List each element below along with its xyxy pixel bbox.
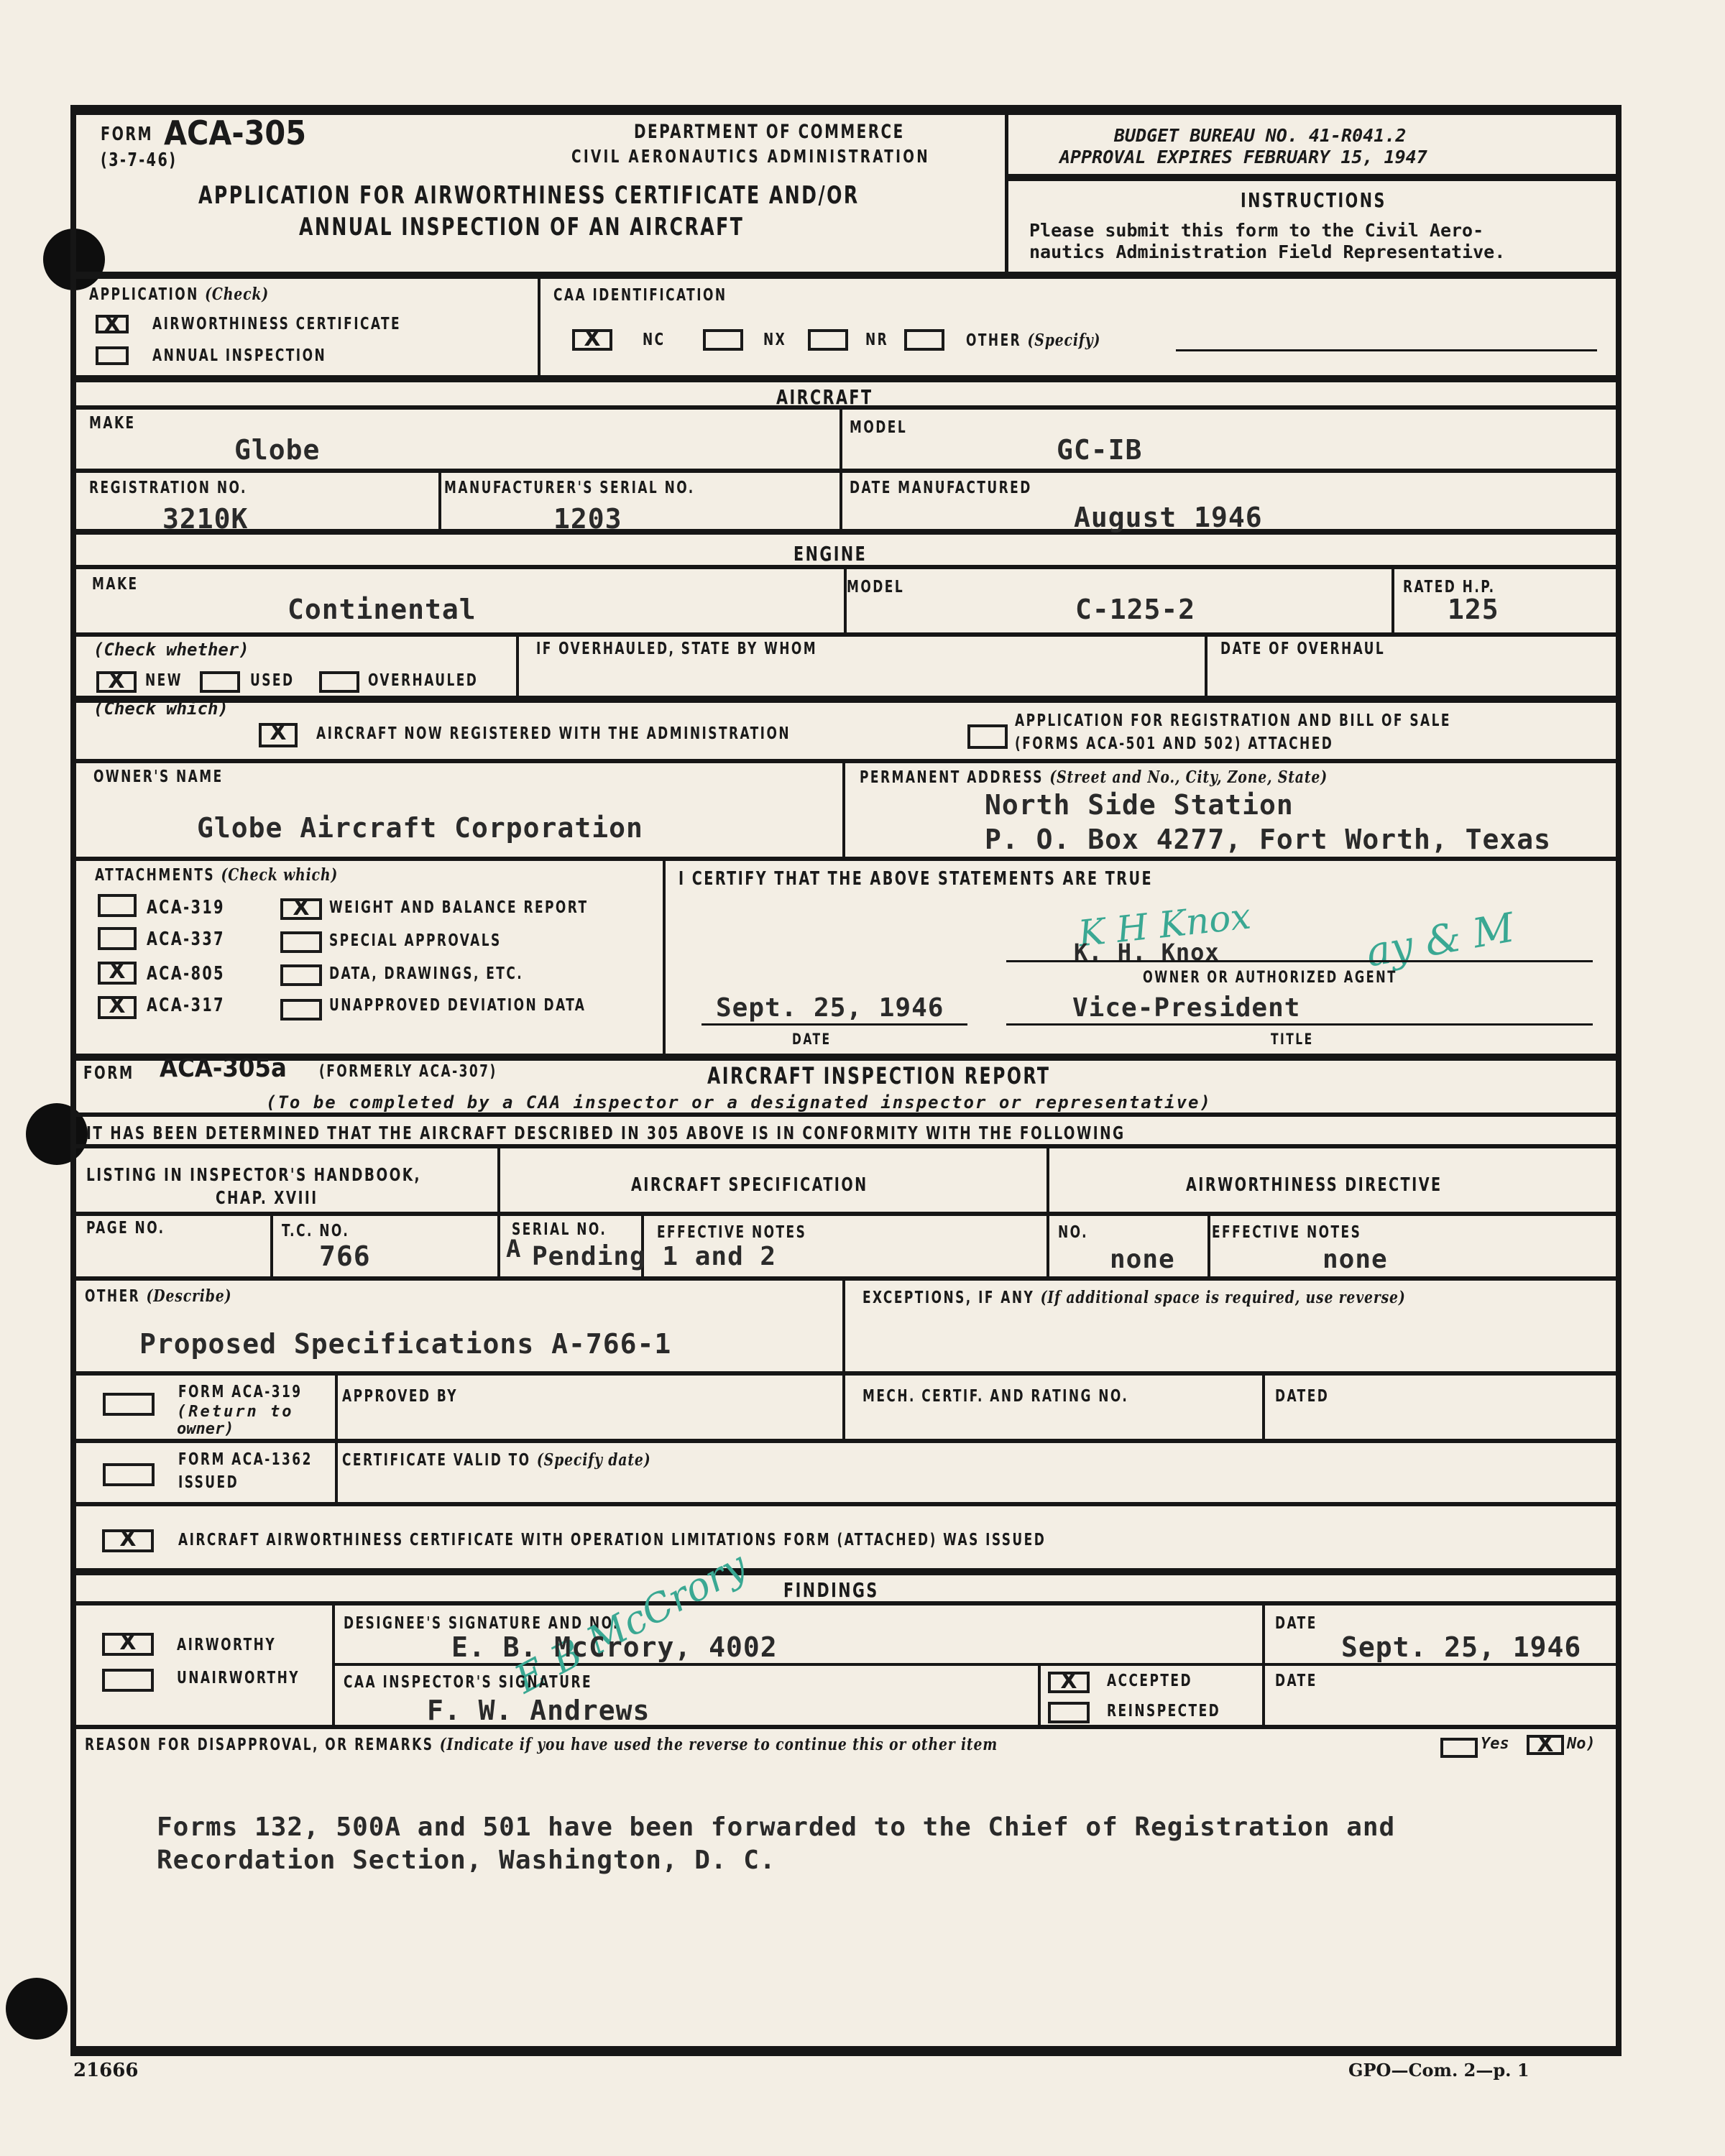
data-drawings-checkbox[interactable] (280, 964, 322, 986)
registration-application-checkbox[interactable] (967, 724, 1008, 749)
page-no-label: PAGE NO. (86, 1219, 165, 1238)
reverse-yes-checkbox[interactable] (1440, 1738, 1478, 1758)
reverse-yes-label: Yes (1481, 1735, 1509, 1753)
aca-319-label: ACA-319 (147, 897, 225, 918)
inspection-report-subtitle: (To be completed by a CAA inspector or a… (266, 1092, 1212, 1112)
special-approvals-label: SPECIAL APPROVALS (329, 931, 502, 950)
reinspected-checkbox[interactable] (1048, 1702, 1090, 1723)
engine-overhauled-checkbox[interactable] (319, 671, 359, 693)
gpo-printing-code: GPO—Com. 2—p. 1 (1348, 2060, 1529, 2081)
ad-effective-notes-value[interactable]: none (1322, 1245, 1388, 1274)
check-whether-label: (Check whether) (93, 640, 249, 660)
engine-overhauled-label: OVERHAULED (368, 671, 478, 690)
serial-number-label: MANUFACTURER'S SERIAL NO. (444, 479, 695, 497)
punch-hole (6, 1978, 68, 2040)
instructions-title: INSTRUCTIONS (1241, 188, 1386, 212)
nr-checkbox[interactable] (808, 329, 848, 351)
reverse-no-checkbox[interactable] (1527, 1735, 1564, 1755)
form-title-line2: ANNUAL INSPECTION OF AN AIRCRAFT (299, 213, 744, 241)
findings-date1-value[interactable]: Sept. 25, 1946 (1341, 1631, 1581, 1663)
engine-model-label: MODEL (847, 578, 904, 596)
registration-application-line2: (FORMS ACA-501 AND 502) ATTACHED (1015, 734, 1333, 753)
certificate-valid-label: CERTIFICATE VALID TO (Specify date) (342, 1450, 650, 1470)
rated-hp-value[interactable]: 125 (1448, 594, 1499, 625)
other-describe-label: OTHER (Describe) (85, 1286, 231, 1306)
aircraft-make-value[interactable]: Globe (234, 434, 320, 466)
form-1362-line1: FORM ACA-1362 (178, 1450, 313, 1469)
form-prefix: FORM (101, 124, 153, 145)
findings-date2-label: DATE (1275, 1672, 1317, 1690)
date-manufactured-label: DATE MANUFACTURED (850, 479, 1032, 497)
inspection-report-title: AIRCRAFT INSPECTION REPORT (707, 1062, 1050, 1089)
operation-limitations-checkbox[interactable] (102, 1529, 154, 1552)
reinspected-label: REINSPECTED (1107, 1702, 1220, 1720)
agency-name: CIVIL AERONAUTICS ADMINISTRATION (571, 146, 930, 167)
findings-date1-label: DATE (1275, 1614, 1317, 1633)
registration-number-value[interactable]: 3210K (162, 503, 248, 535)
inspection-form-formerly: (FORMERLY ACA-307) (319, 1062, 497, 1081)
operation-limitations-label: AIRCRAFT AIRWORTHINESS CERTIFICATE WITH … (178, 1531, 1046, 1549)
reverse-no-label: No) (1567, 1735, 1596, 1753)
listing-label-line2: CHAP. XVIII (216, 1187, 318, 1208)
nx-checkbox[interactable] (703, 329, 743, 351)
title-label: TITLE (1271, 1031, 1314, 1048)
airworthiness-directive-label: AIRWORTHINESS DIRECTIVE (1186, 1174, 1443, 1196)
aircraft-model-value[interactable]: GC-IB (1057, 434, 1142, 466)
nx-label: NX (763, 331, 786, 349)
special-approvals-checkbox[interactable] (280, 931, 322, 953)
registered-label: AIRCRAFT NOW REGISTERED WITH THE ADMINIS… (316, 724, 791, 743)
spec-effective-notes-label: EFFECTIVE NOTES (657, 1223, 806, 1242)
unairworthy-checkbox[interactable] (102, 1669, 154, 1692)
aircraft-make-label: MAKE (89, 414, 136, 433)
engine-make-label: MAKE (92, 575, 139, 594)
nr-label: NR (865, 331, 888, 349)
engine-model-value[interactable]: C-125-2 (1075, 594, 1195, 625)
form-319-checkbox[interactable] (103, 1393, 155, 1416)
unapproved-deviation-checkbox[interactable] (280, 999, 322, 1021)
aca-337-checkbox[interactable] (98, 927, 137, 950)
annual-inspection-label: ANNUAL INSPECTION (152, 346, 326, 365)
form-319-line2: (Return to (177, 1403, 293, 1421)
mech-cert-label: MECH. CERTIF. AND RATING NO. (862, 1387, 1128, 1406)
caa-identification-label: CAA IDENTIFICATION (553, 286, 727, 305)
aircraft-model-label: MODEL (850, 418, 907, 437)
engine-section-title: ENGINE (793, 542, 867, 566)
form-revision-date: (3-7-46) (101, 149, 178, 171)
conformity-statement: IT HAS BEEN DETERMINED THAT THE AIRCRAFT… (86, 1123, 1126, 1143)
owner-name-label: OWNER'S NAME (93, 768, 224, 786)
attachments-label: ATTACHMENTS (Check which) (95, 865, 338, 885)
address-line2[interactable]: P. O. Box 4277, Fort Worth, Texas (985, 824, 1551, 855)
engine-new-checkbox[interactable] (96, 671, 137, 693)
form-319-line1: FORM ACA-319 (178, 1383, 303, 1401)
department-name: DEPARTMENT OF COMMERCE (634, 121, 905, 143)
registration-application-line1: APPLICATION FOR REGISTRATION AND BILL OF… (1015, 711, 1451, 730)
form-319-line3: owner) (177, 1420, 234, 1438)
address-line1[interactable]: North Side Station (985, 789, 1294, 821)
inspector-value[interactable]: F. W. Andrews (427, 1695, 650, 1726)
budget-bureau-number: BUDGET BUREAU NO. 41-R041.2 (1114, 125, 1406, 146)
owner-name-value[interactable]: Globe Aircraft Corporation (197, 812, 643, 844)
airworthy-label: AIRWORTHY (177, 1636, 276, 1654)
instructions-text-line1: Please submit this form to the Civil Aer… (1029, 220, 1483, 241)
address-label: PERMANENT ADDRESS (Street and No., City,… (860, 768, 1328, 787)
overhauled-by-label: IF OVERHAULED, STATE BY WHOM (536, 640, 817, 658)
certification-statement: I CERTIFY THAT THE ABOVE STATEMENTS ARE … (678, 868, 1153, 890)
spec-serial-no-value[interactable]: A (506, 1235, 521, 1263)
airworthiness-certificate-checkbox[interactable] (96, 315, 129, 333)
weight-balance-checkbox[interactable] (280, 898, 322, 920)
approved-by-label: APPROVED BY (342, 1387, 458, 1406)
aircraft-specification-label: AIRCRAFT SPECIFICATION (631, 1174, 868, 1196)
dated-label: DATED (1275, 1387, 1329, 1406)
spec-serial-no-label: SERIAL NO. (512, 1220, 607, 1239)
aca-317-checkbox[interactable] (98, 996, 137, 1019)
aca-805-checkbox[interactable] (98, 962, 137, 985)
unapproved-deviation-label: UNAPPROVED DEVIATION DATA (329, 996, 586, 1015)
aca-337-label: ACA-337 (147, 929, 225, 950)
inspection-form-number: ACA-305a (160, 1054, 287, 1083)
designee-value[interactable]: E. B. McCrory, 4002 (451, 1631, 778, 1663)
serial-number-value[interactable]: 1203 (553, 503, 622, 535)
aca-319-checkbox[interactable] (98, 894, 137, 917)
form-1362-checkbox[interactable] (103, 1463, 155, 1486)
engine-new-label: NEW (145, 671, 183, 690)
tc-no-value[interactable]: 766 (319, 1240, 371, 1272)
inspector-signature-label: CAA INSPECTOR'S SIGNATURE (344, 1673, 592, 1692)
data-drawings-label: DATA, DRAWINGS, ETC. (329, 964, 523, 983)
other-label: OTHER (Specify) (966, 331, 1100, 350)
airworthiness-certificate-label: AIRWORTHINESS CERTIFICATE (152, 315, 401, 333)
title-value[interactable]: Vice-President (1072, 993, 1300, 1023)
remarks-label: REASON FOR DISAPPROVAL, OR REMARKS (Indi… (85, 1735, 998, 1754)
other-specify-line[interactable] (1176, 349, 1597, 351)
airworthy-checkbox[interactable] (102, 1633, 154, 1656)
findings-title: FINDINGS (783, 1578, 879, 1602)
instructions-text-line2: nautics Administration Field Representat… (1029, 241, 1505, 262)
weight-balance-label: WEIGHT AND BALANCE REPORT (329, 898, 589, 917)
date-manufactured-value[interactable]: August 1946 (1074, 502, 1263, 533)
remarks-text-line1[interactable]: Forms 132, 500A and 501 have been forwar… (157, 1812, 1395, 1842)
unairworthy-label: UNAIRWORTHY (177, 1669, 300, 1687)
overhaul-date-label: DATE OF OVERHAUL (1220, 640, 1385, 658)
remarks-text-line2[interactable]: Recordation Section, Washington, D. C. (157, 1846, 776, 1875)
annual-inspection-checkbox[interactable] (96, 346, 129, 365)
owner-signature-initials: ay & M (1363, 904, 1518, 976)
registered-checkbox[interactable] (259, 723, 298, 747)
nc-label: NC (643, 331, 666, 349)
nc-checkbox[interactable] (572, 329, 612, 351)
other-checkbox[interactable] (904, 329, 944, 351)
agent-label: OWNER OR AUTHORIZED AGENT (1143, 969, 1397, 987)
approval-expiration: APPROVAL EXPIRES FEBRUARY 15, 1947 (1059, 147, 1427, 167)
ad-no-value[interactable]: none (1110, 1245, 1175, 1274)
accepted-label: ACCEPTED (1107, 1672, 1192, 1690)
ad-no-label: NO. (1058, 1223, 1088, 1242)
ad-effective-notes-label: EFFECTIVE NOTES (1212, 1223, 1361, 1242)
form-stock-number: 21666 (73, 2060, 138, 2081)
engine-used-checkbox[interactable] (200, 671, 240, 693)
form-title-line1: APPLICATION FOR AIRWORTHINESS CERTIFICAT… (198, 181, 860, 210)
registration-number-label: REGISTRATION NO. (89, 479, 247, 497)
certification-date-value[interactable]: Sept. 25, 1946 (716, 993, 944, 1023)
other-describe-value[interactable]: Proposed Specifications A-766-1 (139, 1328, 671, 1360)
aca-805-label: ACA-805 (147, 963, 225, 985)
spec-effective-notes-value[interactable]: Pending 1 and 2 (532, 1242, 776, 1271)
tc-no-label: T.C. NO. (282, 1222, 349, 1240)
aca-317-label: ACA-317 (147, 995, 225, 1016)
accepted-checkbox[interactable] (1048, 1672, 1090, 1693)
inspection-form-prefix: FORM (83, 1062, 134, 1083)
listing-label-line1: LISTING IN INSPECTOR'S HANDBOOK, (86, 1164, 421, 1185)
check-which-label: (Check which) (93, 699, 229, 719)
form-1362-line2: ISSUED (178, 1473, 239, 1492)
form-number: ACA-305 (164, 114, 306, 152)
exceptions-label: EXCEPTIONS, IF ANY (If additional space … (862, 1288, 1406, 1307)
certification-date-label: DATE (792, 1031, 832, 1048)
engine-used-label: USED (250, 671, 295, 690)
application-label: APPLICATION (Check) (89, 285, 269, 304)
engine-make-value[interactable]: Continental (287, 594, 477, 625)
